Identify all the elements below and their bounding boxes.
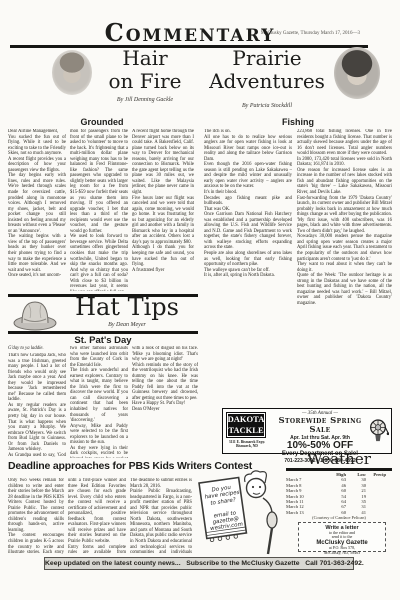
jill-gackle-photo [52, 50, 92, 95]
patricia-stockdill-photo [334, 47, 380, 99]
pbs-column-1: Only two weeks remain for children to wr… [8, 478, 64, 556]
hair-on-fire-title: Hair on Fire [94, 47, 196, 93]
letter-to-editor-box: Write a letter to the editor and send it… [298, 522, 386, 552]
letter-box-line: McClusky, ND, 58463 [299, 551, 385, 555]
grounded-column-2: mon for passengers from the front of the… [70, 129, 128, 291]
fishing-column-1: The itch is on. All one has to do to rea… [204, 129, 292, 403]
ad-sale-headline: Storewide Spring Sale [270, 417, 370, 435]
hat-tips-title: Hat Tips [56, 295, 198, 320]
newspaper-page: { "colors": { "paper": "#fbfaf7", "ink":… [0, 0, 400, 600]
prairie-adventures-byline: By Patricia Stockdill [204, 103, 330, 109]
weather-title: Weather [286, 451, 392, 467]
dakota-tackle-logo: DAKOTA TACKLE [226, 412, 266, 438]
recipes-note: Do you have recipes to share? email to g… [200, 483, 248, 533]
st-pats-column-1: That's how Grandpa Jack, who was a true … [8, 353, 66, 458]
pbs-column-2: until a first-place winner and three Red… [68, 478, 126, 556]
fishing-subhead: Fishing [204, 117, 392, 127]
cowboy-hat-image [12, 297, 58, 331]
grounded-column-3: A recent flight home through the Denver … [132, 129, 194, 291]
hat-tips-bottom-rule [8, 331, 198, 334]
fishing-reel-icon [367, 417, 389, 445]
subscribe-bar: Keep updated on the latest county news..… [44, 557, 354, 570]
hair-on-fire-byline: By Jill Denning Gackle [94, 97, 196, 103]
hat-tips-byline: By Dean Meyer [56, 322, 198, 328]
weather-rule [286, 468, 392, 471]
fishing-column-2: 223,868 total fishing licenses. One in f… [297, 129, 392, 403]
ad-address: 3111 E. Bismarck Expy. Bismarck, ND [224, 440, 270, 448]
section-masthead: Commentary [45, 21, 335, 45]
st-pats-opener: G'day to ya laddie. [8, 346, 66, 351]
st-pats-column-2: two other famous astronauts who were lau… [70, 346, 128, 458]
weather-credit: (Courtesy of Candace Pelican) [286, 515, 392, 520]
grounded-column-1: Dear Airline Management, You sucked the … [8, 129, 66, 291]
dakota-tackle-ad: DAKOTA TACKLE 3111 E. Bismarck Expy. Bis… [222, 408, 392, 454]
weather-table: High Low Precip March 7 63 30 March 8 46… [286, 472, 392, 515]
pbs-column-3: The deadline to submit entries is March … [130, 478, 192, 556]
grounded-subhead: Grounded [8, 117, 196, 127]
st-pats-subhead: St. Pat's Day [8, 335, 198, 346]
st-pats-column-3: with a look of disgust on his face. 'Mik… [132, 346, 198, 458]
prairie-adventures-title: Prairie Adventures [204, 47, 330, 93]
